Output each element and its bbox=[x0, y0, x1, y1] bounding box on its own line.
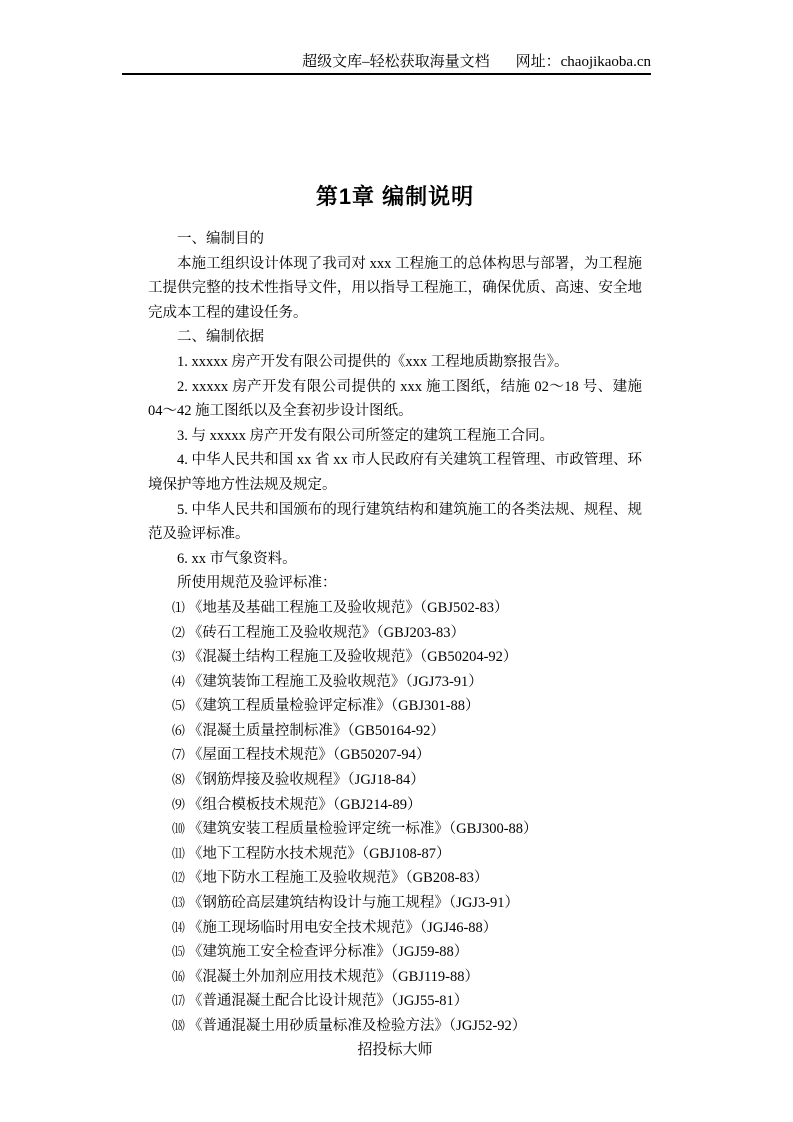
standard-item-text: 《砖石工程施工及验收规范》（GBJ203-83） bbox=[188, 625, 465, 641]
standard-item-text: 《地下工程防水技术规范》（GBJ108-87） bbox=[188, 846, 451, 862]
standard-item-text: 《屋面工程技术规范》（GB50207-94） bbox=[188, 747, 430, 763]
standard-item: ⑽《建筑安装工程质量检验评定统一标准》（GBJ300-88） bbox=[148, 817, 642, 842]
section-heading-purpose: 一、编制目的 bbox=[148, 227, 642, 252]
standard-item-number: ⑸ bbox=[172, 698, 185, 713]
standard-item-number: ⑾ bbox=[172, 846, 185, 861]
basis-item: 5. 中华人民共和国颁布的现行建筑结构和建筑施工的各类法规、规程、规范及验评标准… bbox=[148, 498, 642, 547]
page-footer: 招投标大师 bbox=[148, 1038, 642, 1059]
standard-item-text: 《施工现场临时用电安全技术规范》（JGJ46-88） bbox=[188, 920, 497, 936]
standard-item-text: 《钢筋砼高层建筑结构设计与施工规程》（JGJ3-91） bbox=[188, 895, 519, 911]
standard-item: ⑴《地基及基础工程施工及验收规范》（GBJ502-83） bbox=[148, 596, 642, 621]
standard-item-number: ⑷ bbox=[172, 674, 185, 689]
standard-item-number: ⒄ bbox=[172, 993, 185, 1008]
standard-item: ⒃《混凝土外加剂应用技术规范》（GBJ119-88） bbox=[148, 965, 642, 990]
standard-item-number: ⑽ bbox=[172, 821, 185, 836]
standard-item: ⒅《普通混凝土用砂质量标准及检验方法》（JGJ52-92） bbox=[148, 1014, 642, 1039]
standard-item-text: 《地基及基础工程施工及验收规范》（GBJ502-83） bbox=[188, 600, 509, 616]
purpose-paragraph: 本施工组织设计体现了我司对 xxx 工程施工的总体构思与部署，为工程施工提供完整… bbox=[148, 252, 642, 326]
header-site-text: 超级文库–轻松获取海量文档 bbox=[302, 54, 490, 70]
standard-item: ⑷《建筑装饰工程施工及验收规范》（JGJ73-91） bbox=[148, 670, 642, 695]
standard-item: ⑶《混凝土结构工程施工及验收规范》（GB50204-92） bbox=[148, 645, 642, 670]
standard-item-text: 《钢筋焊接及验收规程》（JGJ18-84） bbox=[188, 772, 425, 788]
section-heading-basis: 二、编制依据 bbox=[148, 325, 642, 350]
standard-item: ⑾《地下工程防水技术规范》（GBJ108-87） bbox=[148, 842, 642, 867]
standard-item-text: 《普通混凝土配合比设计规范》（JGJ55-81） bbox=[188, 993, 468, 1009]
standard-item-number: ⑻ bbox=[172, 772, 185, 787]
standard-item-number: ⑵ bbox=[172, 625, 185, 640]
basis-item: 6. xx 市气象资料。 bbox=[148, 547, 642, 572]
standard-item: ⒄《普通混凝土配合比设计规范》（JGJ55-81） bbox=[148, 989, 642, 1014]
standard-item-text: 《混凝土结构工程施工及验收规范》（GB50204-92） bbox=[188, 649, 517, 665]
standard-item-text: 《地下防水工程施工及验收规范》（GB208-83） bbox=[188, 870, 488, 886]
basis-item: 4. 中华人民共和国 xx 省 xx 市人民政府有关建筑工程管理、市政管理、环境… bbox=[148, 448, 642, 497]
standard-item-text: 《普通混凝土用砂质量标准及检验方法》（JGJ52-92） bbox=[188, 1018, 526, 1034]
standard-item-number: ⒅ bbox=[172, 1018, 185, 1033]
standard-item: ⒁《施工现场临时用电安全技术规范》（JGJ46-88） bbox=[148, 916, 642, 941]
basis-item: 3. 与 xxxxx 房产开发有限公司所签定的建筑工程施工合同。 bbox=[148, 424, 642, 449]
standards-intro: 所使用规范及验评标准： bbox=[148, 571, 642, 596]
standard-item: ⑿《地下防水工程施工及验收规范》（GB208-83） bbox=[148, 866, 642, 891]
standard-item-number: ⑴ bbox=[172, 600, 185, 615]
chapter-title: 第1章 编制说明 bbox=[148, 180, 642, 214]
basis-item: 1. xxxxx 房产开发有限公司提供的《xxx 工程地质勘察报告》。 bbox=[148, 350, 642, 375]
standard-item-number: ⒁ bbox=[172, 920, 185, 935]
document-page: 超级文库–轻松获取海量文档网址：chaojikaoba.cn 第1章 编制说明 … bbox=[0, 0, 793, 1122]
standard-item: ⑻《钢筋焊接及验收规程》（JGJ18-84） bbox=[148, 768, 642, 793]
standard-item: ⑸《建筑工程质量检验评定标准》（GBJ301-88） bbox=[148, 694, 642, 719]
standard-item-text: 《组合模板技术规范》（GBJ214-89） bbox=[188, 797, 422, 813]
standard-item-text: 《混凝土质量控制标准》（GB50164-92） bbox=[188, 723, 445, 739]
standard-item-number: ⒂ bbox=[172, 944, 185, 959]
standard-item-number: ⑹ bbox=[172, 723, 185, 738]
standard-item-text: 《建筑装饰工程施工及验收规范》（JGJ73-91） bbox=[188, 674, 483, 690]
standard-item-text: 《混凝土外加剂应用技术规范》（GBJ119-88） bbox=[188, 969, 479, 985]
standard-item-text: 《建筑工程质量检验评定标准》（GBJ301-88） bbox=[188, 698, 480, 714]
standard-item: ⑹《混凝土质量控制标准》（GB50164-92） bbox=[148, 719, 642, 744]
basis-item: 2. xxxxx 房产开发有限公司提供的 xxx 施工图纸，结施 02～18 号… bbox=[148, 375, 642, 424]
standard-item-number: ⑶ bbox=[172, 649, 185, 664]
header-divider bbox=[122, 73, 651, 75]
standard-item: ⑼《组合模板技术规范》（GBJ214-89） bbox=[148, 793, 642, 818]
page-header: 超级文库–轻松获取海量文档网址：chaojikaoba.cn bbox=[302, 52, 651, 72]
standard-item: ⑵《砖石工程施工及验收规范》（GBJ203-83） bbox=[148, 621, 642, 646]
standard-item-number: ⒀ bbox=[172, 895, 185, 910]
document-body: 第1章 编制说明 一、编制目的 本施工组织设计体现了我司对 xxx 工程施工的总… bbox=[148, 180, 642, 1039]
standard-item: ⒀《钢筋砼高层建筑结构设计与施工规程》（JGJ3-91） bbox=[148, 891, 642, 916]
standard-item: ⑺《屋面工程技术规范》（GB50207-94） bbox=[148, 743, 642, 768]
standard-item-number: ⑿ bbox=[172, 870, 185, 885]
standard-item-text: 《建筑安装工程质量检验评定统一标准》（GBJ300-88） bbox=[188, 821, 538, 837]
standard-item-text: 《建筑施工安全检查评分标准》（JGJ59-88） bbox=[188, 944, 468, 960]
standard-item-number: ⑺ bbox=[172, 747, 185, 762]
header-url-text: 网址：chaojikaoba.cn bbox=[516, 54, 651, 70]
standard-item: ⒂《建筑施工安全检查评分标准》（JGJ59-88） bbox=[148, 940, 642, 965]
standard-item-number: ⑼ bbox=[172, 797, 185, 812]
standard-item-number: ⒃ bbox=[172, 969, 185, 984]
